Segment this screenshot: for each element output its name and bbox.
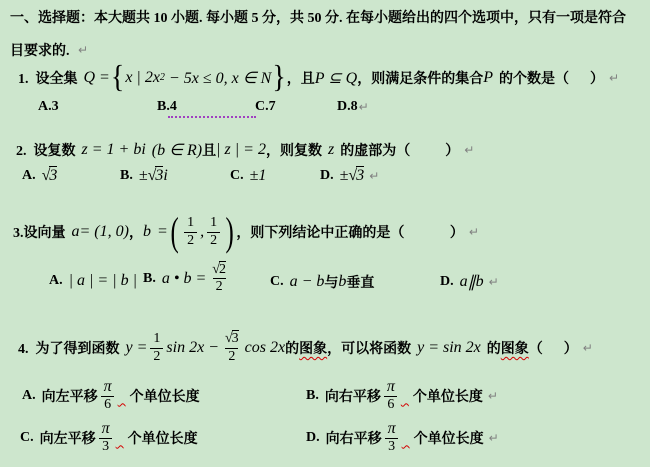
paragraph-mark-icon: ↵ — [464, 143, 474, 157]
sqrt-expression: √3 — [225, 331, 239, 346]
sqrt-expression: √3 — [148, 167, 164, 185]
q4-option-d-post: 个单位长度 — [414, 428, 484, 448]
q2-option-b-label: B. — [120, 168, 133, 184]
q3-equals: = — [157, 223, 168, 241]
paragraph-mark-icon: ↵ — [489, 275, 499, 289]
q2-option-d-label: D. — [320, 168, 334, 184]
fraction-numerator: 1 — [207, 215, 220, 231]
q1-option-d: D.8↵ — [337, 99, 369, 115]
paragraph-mark-icon: ↵ — [489, 431, 499, 445]
q3-tail: ，则下列结论中正确的是（ ） — [236, 222, 464, 242]
q4-option-b: B. 向右平移 π6 个单位长度 ↵ — [306, 378, 498, 413]
fraction-denominator: 2 — [184, 232, 197, 249]
fraction-numerator: √2 — [209, 262, 229, 278]
q3-vector-a: a — [72, 223, 80, 241]
q3-option-d-label: D. — [440, 274, 454, 290]
q1-set-condition-2: − 5x ≤ 0, x ∈ N — [165, 68, 271, 88]
fraction-numerator: √3 — [222, 331, 242, 347]
q3-option-c-label: C. — [270, 274, 284, 290]
q3-option-c: C. a − b 与 b 垂直 — [270, 272, 374, 292]
q4-option-b-post: 个单位长度 — [413, 386, 483, 406]
q2-complex-def: z = 1 + bi — [82, 141, 146, 159]
q3-lead: 3.设向量 — [13, 222, 66, 242]
question-4: 4. 为了得到函数 y = 12 sin 2x − √3 2 cos 2x 的图… — [18, 324, 593, 372]
paragraph-mark-icon: ↵ — [359, 100, 369, 114]
plus-minus: ± — [340, 167, 349, 185]
q2-option-d: D. ±√3 ↵ — [320, 167, 379, 185]
q2-option-c-label: C. — [230, 168, 244, 184]
fraction: π6 — [101, 378, 115, 413]
q3-option-d-math-2: b — [476, 273, 484, 291]
fraction: π3 — [385, 420, 399, 455]
right-paren: ) — [226, 215, 234, 249]
right-brace: } — [272, 62, 285, 94]
fraction-numerator: π — [384, 378, 398, 396]
q3-option-d-math-1: a — [460, 273, 468, 291]
q4-lead: 4. 为了得到函数 — [18, 338, 120, 358]
fraction-numerator: π — [99, 420, 113, 438]
q4-text-3: 的 — [487, 338, 501, 358]
q3-vector-comma: , — [200, 223, 204, 241]
sqrt-expression: √3 — [42, 167, 58, 185]
q3-option-a-math: | a | = | b | — [69, 272, 137, 290]
q3-option-b-pre: a • b = — [162, 270, 206, 288]
question-1-options: A.3 B.4 C.7 D.8↵ — [0, 99, 650, 123]
q3-option-d: D. a ∥ b ↵ — [440, 272, 499, 292]
q4-option-d: D. 向右平移 π3 个单位长度 ↵ — [306, 420, 499, 455]
question-1: 1. 设全集 Q = { x | 2x2 − 5x ≤ 0, x ∈ N } ，… — [18, 62, 619, 94]
header-line-2-text: 目要求的. — [10, 40, 73, 60]
q2-option-c: C. ±1 — [230, 167, 266, 185]
q3-vector-b: b — [143, 223, 151, 241]
q3-vector-a-value: = (1, 0) — [80, 223, 129, 241]
q2-mid: 且 — [202, 140, 216, 160]
q2-z: z — [328, 141, 334, 159]
q1-option-a: A.3 — [38, 99, 59, 115]
q1-mid: ，且 — [287, 68, 315, 88]
plus-minus: ± — [139, 167, 148, 185]
question-2: 2. 设复数 z = 1 + bi (b ∈ R) 且 | z | = 2 ，则… — [16, 138, 474, 162]
q4-option-b-pre: 向右平移 — [325, 386, 381, 406]
q4-sin-term: sin 2x − — [166, 339, 219, 357]
q2-option-a-label: A. — [22, 168, 36, 184]
q3-option-a: A. | a | = | b | — [49, 272, 137, 290]
q1-subset-relation: P ⊆ Q — [315, 68, 357, 88]
q4-text-2: ，可以将函数 — [327, 338, 411, 358]
fraction-denominator: 2 — [225, 348, 238, 365]
q2-b-in-r: (b ∈ R) — [152, 140, 202, 160]
paragraph-mark-icon: ↵ — [609, 71, 619, 85]
paragraph-mark-icon: ↵ — [488, 389, 498, 403]
q4-option-a-pre: 向左平移 — [42, 386, 98, 406]
q3-option-b: B. a • b = √2 2 — [143, 262, 232, 295]
fraction-denominator: 2 — [213, 278, 226, 295]
q1-option-d-text: D.8 — [337, 99, 358, 115]
q2-option-c-value: ±1 — [250, 167, 267, 185]
fraction-numerator: 1 — [150, 331, 163, 347]
header-line-1: 一、选择题：本大题共 10 小题. 每小题 5 分，共 50 分. 在每小题给出… — [10, 7, 626, 27]
q1-option-b: B.4 — [157, 99, 177, 115]
q1-lead: 1. 设全集 — [18, 68, 78, 88]
spellcheck-wavy-underline — [401, 387, 413, 405]
question-4-options-row-1: A. 向左平移 π6 个单位长度 B. 向右平移 π6 个单位长度 ↵ — [0, 378, 650, 420]
sqrt-expression: √2 — [212, 262, 226, 277]
q2-modulus: | z | = 2 — [216, 141, 266, 159]
q3-option-a-label: A. — [49, 273, 63, 289]
q4-misspelled-word-2: 图象 — [501, 338, 529, 358]
fraction: √3 2 — [222, 331, 242, 364]
q1-option-c: C.7 — [255, 99, 276, 115]
q4-option-c-post: 个单位长度 — [128, 428, 198, 448]
fraction-denominator: 3 — [99, 438, 112, 455]
q3-comma: ， — [129, 222, 143, 242]
left-paren: ( — [170, 215, 178, 249]
q3-option-c-text-1: 与 — [324, 272, 338, 292]
header-line-2: 目要求的. ↵ — [10, 40, 88, 60]
question-2-options: A. √3 B. ±√3i C. ±1 D. ±√3 ↵ — [0, 167, 650, 197]
fraction: 12 — [150, 331, 163, 364]
q3-option-c-text-2: 垂直 — [346, 272, 374, 292]
q4-y-equals: y = — [126, 339, 148, 357]
q2-option-a: A. √3 — [22, 167, 57, 185]
q1-tail-2: 的个数是（ ） — [499, 68, 604, 88]
sqrt-expression: √3 — [348, 167, 364, 185]
q4-option-d-label: D. — [306, 430, 320, 446]
q2-lead: 2. 设复数 — [16, 140, 76, 160]
question-4-options-row-2: C. 向左平移 π3 个单位长度 D. 向右平移 π3 个单位长度 ↵ — [0, 420, 650, 462]
q2-tail-1: ，则复数 — [266, 140, 322, 160]
grammar-dotted-underline — [168, 115, 256, 118]
fraction-numerator: π — [385, 420, 399, 438]
q4-text-1: 的 — [285, 338, 299, 358]
q3-option-c-math-2: b — [338, 273, 346, 291]
q4-option-c-label: C. — [20, 430, 34, 446]
q2-option-b: B. ±√3i — [120, 167, 168, 185]
left-brace: { — [111, 62, 124, 94]
radicand: 3 — [232, 330, 239, 346]
q4-paren-blank: （ ） — [529, 338, 578, 358]
q1-set-name: Q = — [84, 69, 110, 87]
radicand: 2 — [219, 261, 226, 277]
fraction: π3 — [99, 420, 113, 455]
q1-set-condition-1: x | 2x — [125, 69, 160, 87]
q4-option-c: C. 向左平移 π3 个单位长度 — [20, 420, 198, 455]
paragraph-mark-icon: ↵ — [78, 43, 88, 57]
q3-option-b-label: B. — [143, 271, 156, 287]
fraction-denominator: 6 — [101, 396, 114, 413]
q4-option-a: A. 向左平移 π6 个单位长度 — [22, 378, 200, 413]
fraction-numerator: π — [101, 378, 115, 396]
q1-set-p: P — [483, 69, 493, 87]
fraction: 12 — [207, 215, 220, 248]
radicand: 3 — [356, 166, 364, 184]
q4-option-a-post: 个单位长度 — [130, 386, 200, 406]
spellcheck-wavy-underline — [118, 387, 130, 405]
spellcheck-wavy-underline — [402, 429, 414, 447]
q4-option-c-pre: 向左平移 — [40, 428, 96, 448]
q4-option-b-label: B. — [306, 388, 319, 404]
paragraph-mark-icon: ↵ — [469, 225, 479, 239]
q2-tail-2: 的虚部为（ ） — [340, 140, 459, 160]
fraction-denominator: 3 — [385, 438, 398, 455]
q4-y-sin: y = sin 2x — [417, 339, 481, 357]
spellcheck-wavy-underline — [116, 429, 128, 447]
fraction-numerator: 1 — [184, 215, 197, 231]
fraction-denominator: 6 — [384, 396, 397, 413]
radicand: 3 — [155, 166, 163, 184]
q4-cos-term: cos 2x — [245, 339, 285, 357]
q4-option-d-pre: 向右平移 — [326, 428, 382, 448]
q4-option-a-label: A. — [22, 388, 36, 404]
fraction: π6 — [384, 378, 398, 413]
exam-page: 一、选择题：本大题共 10 小题. 每小题 5 分，共 50 分. 在每小题给出… — [0, 0, 650, 467]
fraction-denominator: 2 — [150, 348, 163, 365]
question-3: 3.设向量 a = (1, 0) ， b = ( 12 , 12 ) ，则下列结… — [13, 206, 479, 258]
paragraph-mark-icon: ↵ — [583, 341, 593, 355]
q4-misspelled-word-1: 图象 — [299, 338, 327, 358]
fraction: √2 2 — [209, 262, 229, 295]
q1-tail-1: ，则满足条件的集合 — [357, 68, 483, 88]
q2-option-b-suffix: i — [163, 167, 167, 185]
fraction: 12 — [184, 215, 197, 248]
fraction-denominator: 2 — [207, 232, 220, 249]
radicand: 3 — [49, 166, 57, 184]
paragraph-mark-icon: ↵ — [369, 169, 379, 183]
q3-option-c-math-1: a − b — [290, 273, 325, 291]
parallel-symbol: ∥ — [468, 272, 476, 292]
question-3-options: A. | a | = | b | B. a • b = √2 2 C. a − … — [0, 262, 650, 306]
